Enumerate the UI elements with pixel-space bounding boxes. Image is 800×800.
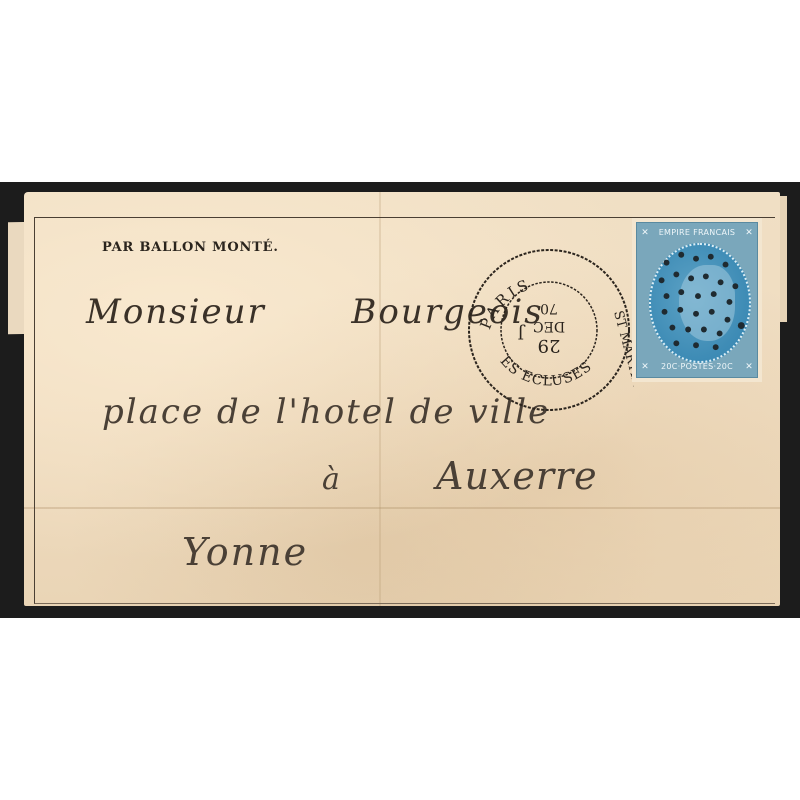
stamp-corner-icon: ✕	[639, 360, 651, 374]
postmark-bottom-text: ES ECLUSES	[497, 353, 596, 389]
postmark-year: 70	[540, 300, 558, 316]
postmark-cancel: PARIS ES ECLUSES ST MARTIN 29 DEC 70 J	[464, 242, 634, 412]
svg-text:ES ECLUSES: ES ECLUSES	[497, 353, 596, 389]
svg-text:PARIS: PARIS	[476, 275, 533, 332]
salutation: Monsieur	[86, 292, 266, 332]
stamp-bottom-legend: 20C·POSTES·20C	[651, 359, 743, 375]
address-preposition: à	[322, 462, 340, 497]
letter-sheet: PAR BALLON MONTÉ. Monsieur Bourgeois pla…	[24, 192, 780, 606]
stamp-corner-icon: ✕	[743, 360, 755, 374]
postmark-prefix: J	[518, 324, 526, 343]
postmark-top-text: PARIS	[476, 275, 533, 332]
stamp-design: EMPIRE FRANCAIS ✕ ✕ ✕ ✕ 20C·POSTES·20C	[636, 222, 758, 378]
dotted-cancel-icon	[637, 223, 757, 377]
address-department: Yonne	[182, 530, 308, 574]
printed-header: PAR BALLON MONTÉ.	[102, 240, 279, 255]
postmark-month: DEC	[533, 318, 565, 334]
postmark-day: 29	[538, 335, 561, 356]
postage-stamp: EMPIRE FRANCAIS ✕ ✕ ✕ ✕ 20C·POSTES·20C	[632, 218, 762, 382]
address-city: Auxerre	[436, 454, 598, 498]
